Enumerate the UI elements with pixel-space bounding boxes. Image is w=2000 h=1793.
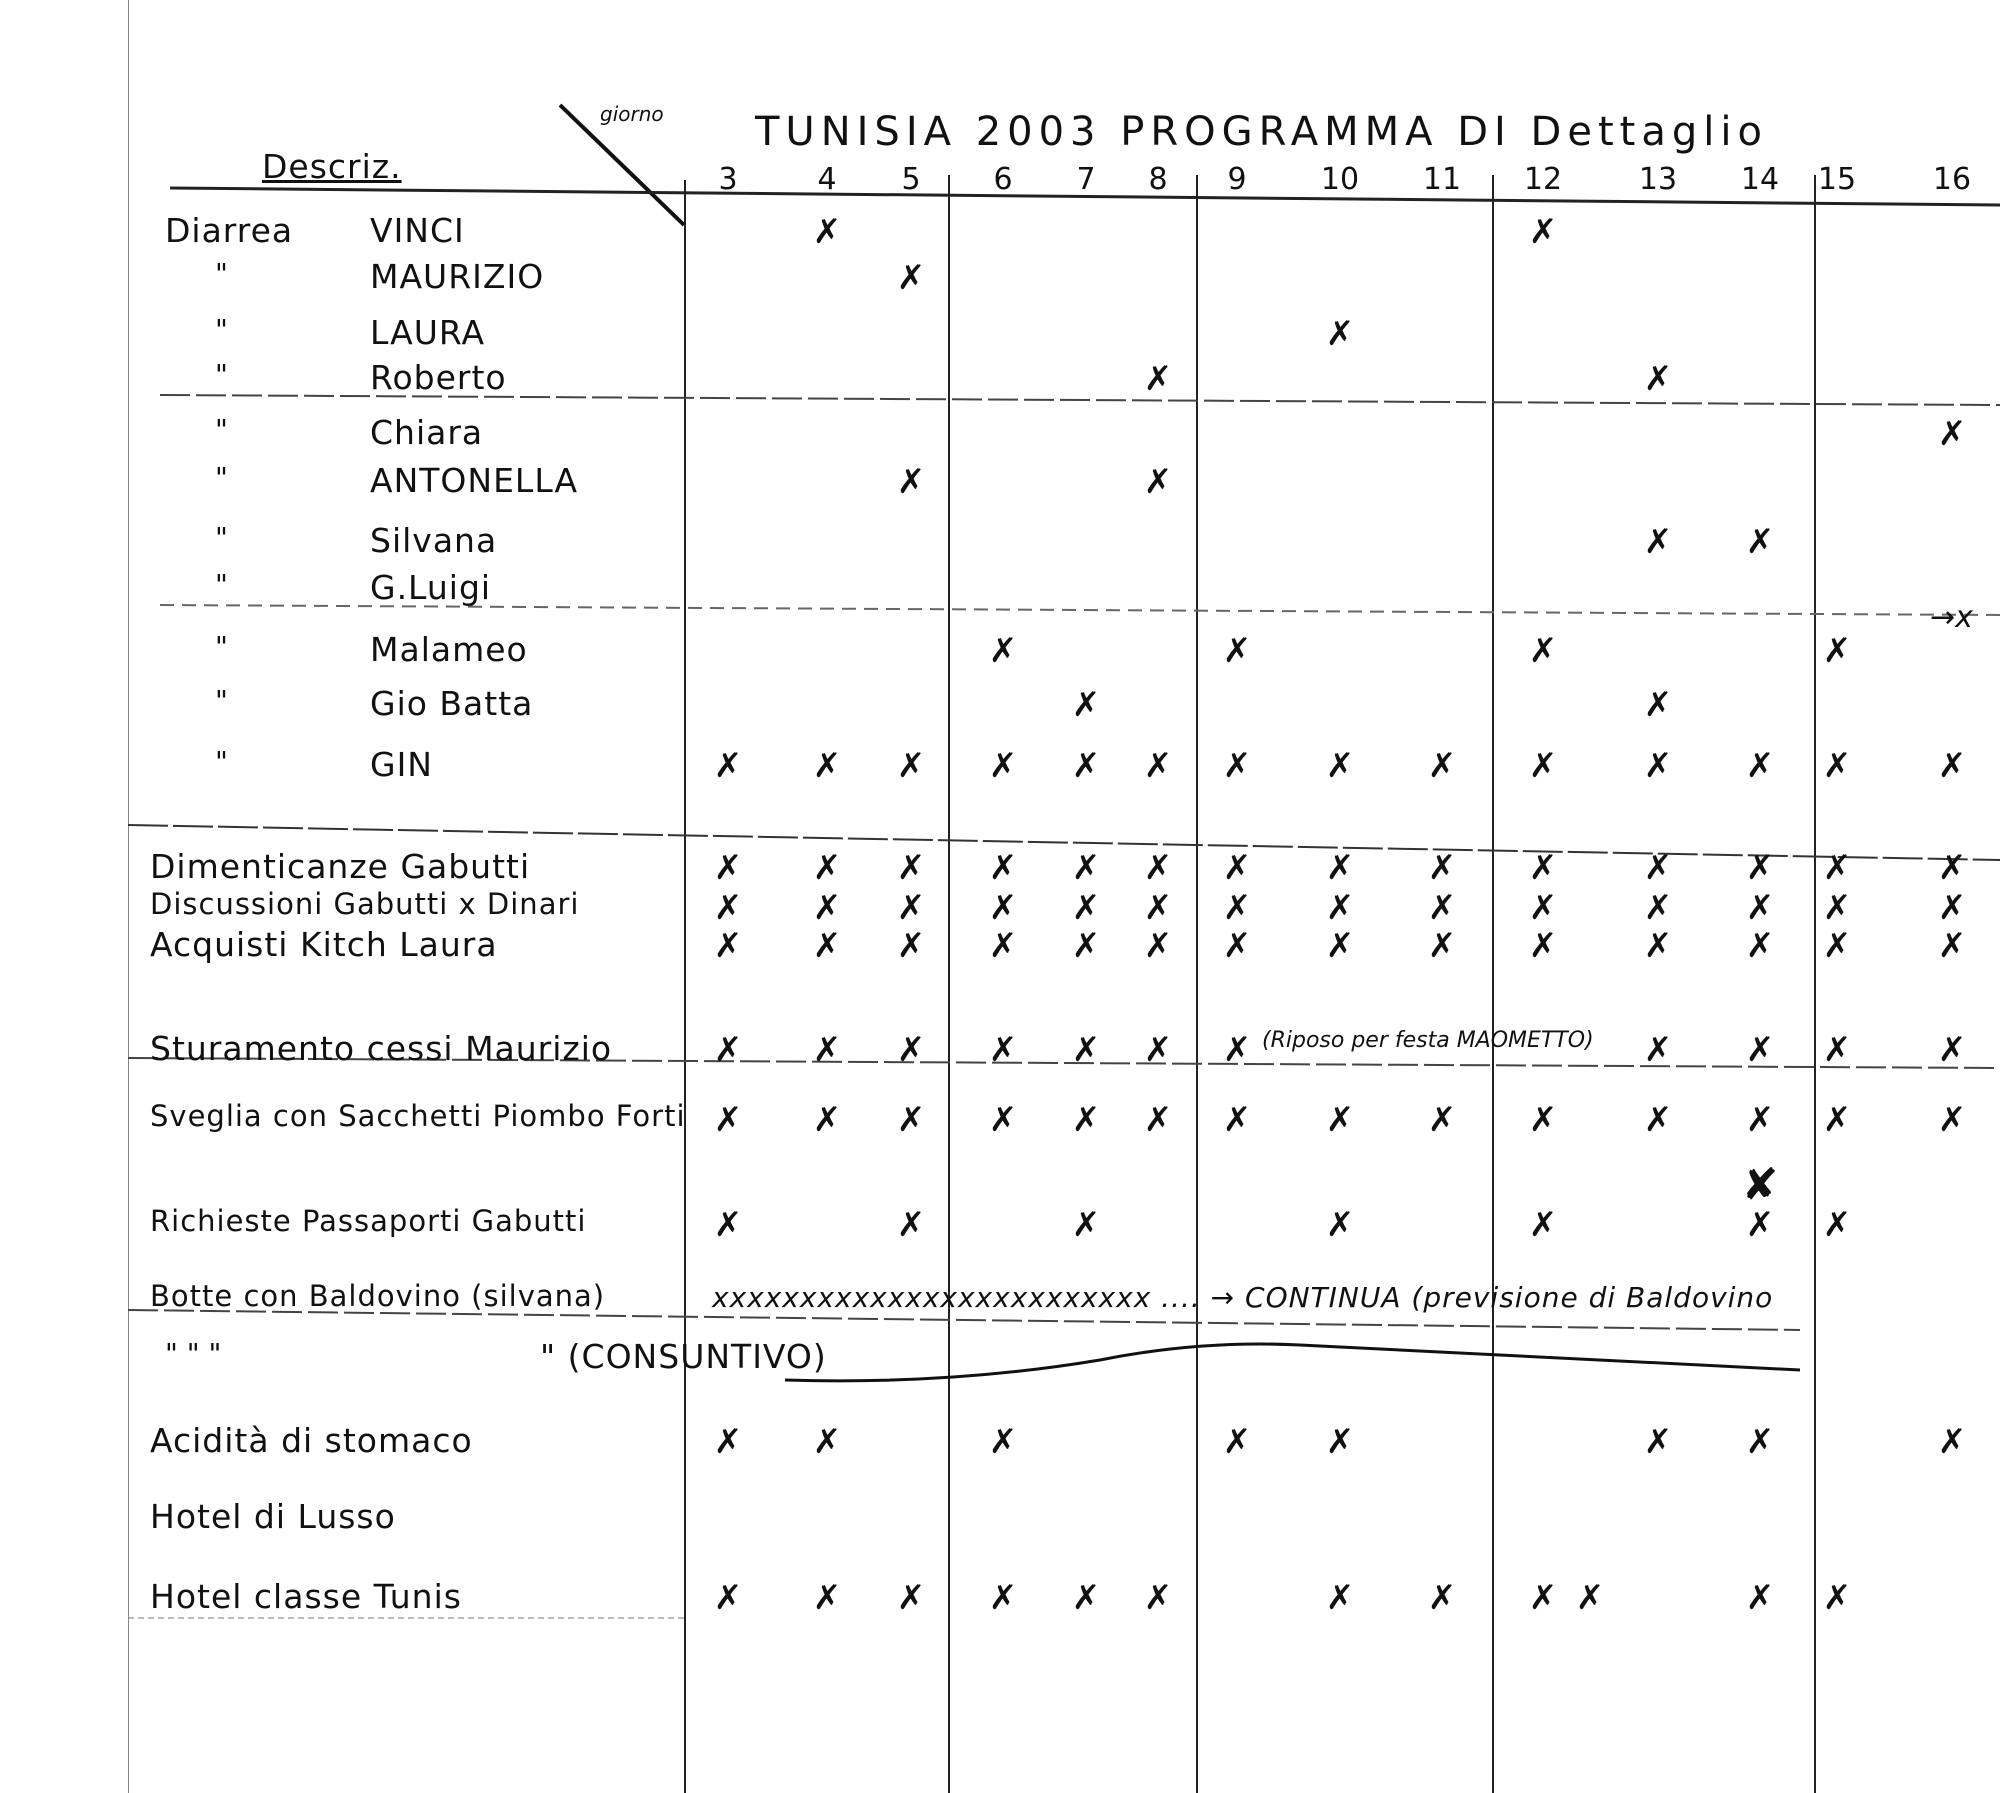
mark-x-icon: ✗ (714, 1578, 743, 1618)
mark-x-icon: ✗ (1072, 1578, 1101, 1618)
mark-x-icon: ✗ (1823, 1100, 1852, 1140)
mark-x-icon: ✗ (1144, 1578, 1173, 1618)
mark-x-icon: ✗ (1529, 631, 1558, 671)
day-header-13: 13 (1639, 165, 1677, 195)
day-header-12: 12 (1524, 165, 1562, 195)
mark-x-icon: ✗ (989, 926, 1018, 966)
mark-x-icon: ✗ (1326, 1422, 1355, 1462)
mark-x-icon: ✗ (714, 926, 743, 966)
mark-x-icon: ✗ (1326, 314, 1355, 354)
mark-x-icon: ✗ (1746, 1100, 1775, 1140)
mark-x-icon: ✗ (1823, 1205, 1852, 1245)
mark-x-icon: ✗ (1746, 522, 1775, 562)
day-header-6: 6 (993, 165, 1012, 195)
mark-x-icon: ✗ (1428, 888, 1457, 928)
mark-x-icon: ✗ (714, 1205, 743, 1245)
mark-x-icon: ✗ (1644, 926, 1673, 966)
mark-x-icon: ✗ (1223, 848, 1252, 888)
row-note: (Riposo per festa MAOMETTO) (1262, 1030, 1594, 1052)
mark-x-icon: ✗ (714, 848, 743, 888)
scanned-handwritten-page: giorno TUNISIA 2003 PROGRAMMA DI Dettagl… (0, 0, 2000, 1793)
row-label: LAURA (370, 316, 485, 349)
mark-x-icon: ✗ (1144, 746, 1173, 786)
mark-x-icon: ✗ (1144, 359, 1173, 399)
mark-x-icon: ✗ (897, 848, 926, 888)
mark-x-icon: ✗ (1223, 926, 1252, 966)
mark-x-icon: ✗ (1746, 1422, 1775, 1462)
day-header-8: 8 (1148, 165, 1167, 195)
day-header-15: 15 (1818, 165, 1856, 195)
row-label: Richieste Passaporti Gabutti (150, 1207, 586, 1236)
day-header-5: 5 (901, 165, 920, 195)
row-label: Acquisti Kitch Laura (150, 928, 498, 961)
mark-x-icon: ✗ (813, 848, 842, 888)
mark-x-icon: ✗ (1072, 1205, 1101, 1245)
mark-x-icon: ✗ (1072, 848, 1101, 888)
mark-x-icon: ✗ (813, 212, 842, 252)
mark-x-icon: ✗ (989, 1100, 1018, 1140)
mark-x-icon: ✗ (1144, 462, 1173, 502)
mark-x-icon: ✗ (1326, 888, 1355, 928)
mark-x-icon: ✗ (1072, 1100, 1101, 1140)
mark-x-icon: ✗ (1823, 926, 1852, 966)
mark-x-icon: ✗ (1644, 1030, 1673, 1070)
mark-x-icon: ✗ (1938, 888, 1967, 928)
mark-x-icon: ✗ (813, 1578, 842, 1618)
mark-x-icon: ✗ (1529, 212, 1558, 252)
mark-x-icon: ✗ (897, 1030, 926, 1070)
row-label: Roberto (370, 361, 507, 394)
mark-x-icon: ✗ (989, 1578, 1018, 1618)
mark-x-icon: ✗ (1072, 685, 1101, 725)
day-header-11: 11 (1423, 165, 1461, 195)
mark-x-icon: ✗ (897, 926, 926, 966)
mark-x-icon: ✗ (1644, 746, 1673, 786)
mark-x-icon: ✗ (1144, 888, 1173, 928)
mark-x-icon: ✗ (1144, 926, 1173, 966)
mark-x-icon: ✗ (1823, 631, 1852, 671)
mark-x-icon: ✗ (1644, 888, 1673, 928)
mark-x-icon: ✗ (897, 1205, 926, 1245)
mark-x-icon: ✗ (1428, 746, 1457, 786)
mark-x-icon: ✗ (1326, 746, 1355, 786)
mark-x-icon: ✗ (1326, 1578, 1355, 1618)
mark-x-icon: ✗ (1644, 522, 1673, 562)
mark-x-icon: ✗ (1144, 1100, 1173, 1140)
mark-x-icon: ✗ (1529, 1205, 1558, 1245)
row-prefix: " (215, 524, 228, 552)
mark-x-icon: ✗ (813, 746, 842, 786)
mark-x-icon: ✗ (1326, 1205, 1355, 1245)
row-prefix: " (215, 571, 228, 599)
mark-x-icon: ✗ (1938, 746, 1967, 786)
description-column-label: Descriz. (262, 150, 402, 183)
mark-x-icon: ✗ (1428, 1578, 1457, 1618)
mark-x-icon: ✗ (1072, 926, 1101, 966)
row-label: Sveglia con Sacchetti Piombo Forti (150, 1102, 686, 1131)
row-label: Dimenticanze Gabutti (150, 850, 530, 883)
mark-x-icon: ✗ (714, 746, 743, 786)
day-header-16: 16 (1933, 165, 1971, 195)
mark-x-icon: ✗ (1746, 1205, 1775, 1245)
mark-x-icon: ✗ (989, 888, 1018, 928)
mark-x-icon: ✗ (1223, 1100, 1252, 1140)
row-label: Hotel di Lusso (150, 1500, 396, 1533)
row-prefix: " (215, 361, 228, 389)
mark-x-icon: ✗ (989, 631, 1018, 671)
row-label: Acidità di stomaco (150, 1424, 473, 1457)
mark-x-icon: ✗ (1746, 926, 1775, 966)
mark-x-icon: ✗ (989, 1422, 1018, 1462)
mark-x-icon: ✗ (813, 1030, 842, 1070)
page-title: TUNISIA 2003 PROGRAMMA DI Dettaglio (755, 112, 1768, 152)
day-header-10: 10 (1321, 165, 1359, 195)
mark-x-icon: ✗ (1072, 1030, 1101, 1070)
mark-x-icon: ✗ (897, 1578, 926, 1618)
mark-x-icon: ✗ (897, 746, 926, 786)
mark-x-icon: ✗ (1223, 746, 1252, 786)
mark-x-icon: ✗ (1428, 848, 1457, 888)
row-label: MAURIZIO (370, 260, 544, 293)
mark-x-icon: ✗ (1938, 848, 1967, 888)
mark-x-icon: ✗ (1529, 1100, 1558, 1140)
mark-x-icon: ✗ (1644, 1422, 1673, 1462)
mark-x-icon: ✗ (1938, 1030, 1967, 1070)
mark-x-icon: ✗ (1823, 848, 1852, 888)
row-label: Gio Batta (370, 687, 533, 720)
mark-x-icon: ✗ (1326, 1100, 1355, 1140)
row-prefix: " (215, 633, 228, 661)
mark-x-icon: ✗ (1644, 1100, 1673, 1140)
row-prefix: " (215, 416, 228, 444)
row-label: Chiara (370, 416, 483, 449)
row-prefix: " (215, 464, 228, 492)
mark-x-icon: ✗ (897, 1100, 926, 1140)
mark-x-icon: ✗ (1326, 848, 1355, 888)
mark-x-icon: ✗ (1746, 746, 1775, 786)
row-label: Malameo (370, 633, 528, 666)
mark-x-icon: ✗ (1746, 1030, 1775, 1070)
mark-x-icon: ✗ (1823, 888, 1852, 928)
mark-x-icon: ✗ (1144, 1030, 1173, 1070)
mark-x-icon: ✗ (1823, 1030, 1852, 1070)
row-note: xxxxxxxxxxxxxxxxxxxxxxxxx .... → CONTINU… (712, 1284, 1773, 1312)
day-header-4: 4 (817, 165, 836, 195)
day-header-3: 3 (718, 165, 737, 195)
mark-x-icon: ✗ (1144, 848, 1173, 888)
mark-x-icon: ✗ (1576, 1578, 1605, 1618)
row-label: G.Luigi (370, 571, 491, 604)
mark-x-icon: ✗ (897, 462, 926, 502)
row-note: →x (1930, 603, 1973, 633)
mark-x-icon: ✗ (1326, 926, 1355, 966)
row-label: " (CONSUNTIVO) (540, 1340, 827, 1373)
mark-x-icon: ✗ (1428, 1100, 1457, 1140)
mark-x-icon: ✗ (714, 1100, 743, 1140)
mark-x-icon: ✗ (1072, 888, 1101, 928)
day-header-14: 14 (1741, 165, 1779, 195)
mark-x-icon: ✗ (1529, 1578, 1558, 1618)
mark-x-icon: ✗ (1746, 1578, 1775, 1618)
mark-x-icon: ✗ (1223, 1422, 1252, 1462)
mark-x-icon: ✗ (1223, 1030, 1252, 1070)
mark-x-icon: ✗ (1529, 848, 1558, 888)
mark-x-icon: ✗ (1938, 1422, 1967, 1462)
row-label: Hotel classe Tunis (150, 1580, 462, 1613)
mark-x-icon: ✗ (1428, 926, 1457, 966)
row-label: ANTONELLA (370, 464, 578, 497)
mark-x-icon: ✗ (1644, 848, 1673, 888)
row-label: Silvana (370, 524, 497, 557)
mark-x-icon: ✗ (1938, 926, 1967, 966)
mark-x-icon: ✗ (1938, 414, 1967, 454)
mark-x-icon: ✗ (1223, 631, 1252, 671)
mark-x-icon: ✗ (1529, 888, 1558, 928)
row-label: Botte con Baldovino (silvana) (150, 1282, 605, 1311)
day-header-7: 7 (1076, 165, 1095, 195)
mark-x-icon: ✗ (1529, 926, 1558, 966)
row-prefix: " (215, 687, 228, 715)
mark-x-icon: ✗ (813, 888, 842, 928)
mark-x-icon: ✗ (1823, 746, 1852, 786)
mark-x-icon: ✗ (1746, 848, 1775, 888)
corner-label-giorno: giorno (600, 104, 664, 124)
row-label: Discussioni Gabutti x Dinari (150, 890, 579, 919)
row-prefix: " (215, 316, 228, 344)
mark-x-icon: ✗ (1746, 888, 1775, 928)
mark-x-icon: ✗ (897, 258, 926, 298)
mark-x-icon: ✗ (1938, 1100, 1967, 1140)
row-prefix: " (215, 260, 228, 288)
mark-x-icon: ✗ (714, 1422, 743, 1462)
row-prefix: " " " (165, 1340, 221, 1368)
mark-x-icon: ✗ (714, 888, 743, 928)
mark-x-icon: ✗ (989, 746, 1018, 786)
row-prefix: Diarrea (165, 214, 293, 247)
day-header-9: 9 (1227, 165, 1246, 195)
mark-x-icon: ✗ (1072, 746, 1101, 786)
mark-x-icon: ✗ (897, 888, 926, 928)
mark-x-icon: ✗ (1529, 746, 1558, 786)
mark-x-icon: ✗ (1644, 685, 1673, 725)
mark-x-icon: ✗ (1644, 359, 1673, 399)
row-label: Sturamento cessi Maurizio (150, 1032, 612, 1065)
mark-x-icon: ✗ (813, 1100, 842, 1140)
row-label: VINCI (370, 214, 465, 247)
row-prefix: " (215, 748, 228, 776)
mark-x-icon: ✗ (989, 848, 1018, 888)
mark-x-icon: ✗ (813, 1422, 842, 1462)
row-label: GIN (370, 748, 433, 781)
mark-x-icon: ✗ (989, 1030, 1018, 1070)
mark-x-icon: ✗ (714, 1030, 743, 1070)
mark-x-icon: ✗ (1823, 1578, 1852, 1618)
mark-x-icon: ✘ (1742, 1160, 1779, 1211)
mark-x-icon: ✗ (1223, 888, 1252, 928)
mark-x-icon: ✗ (813, 926, 842, 966)
